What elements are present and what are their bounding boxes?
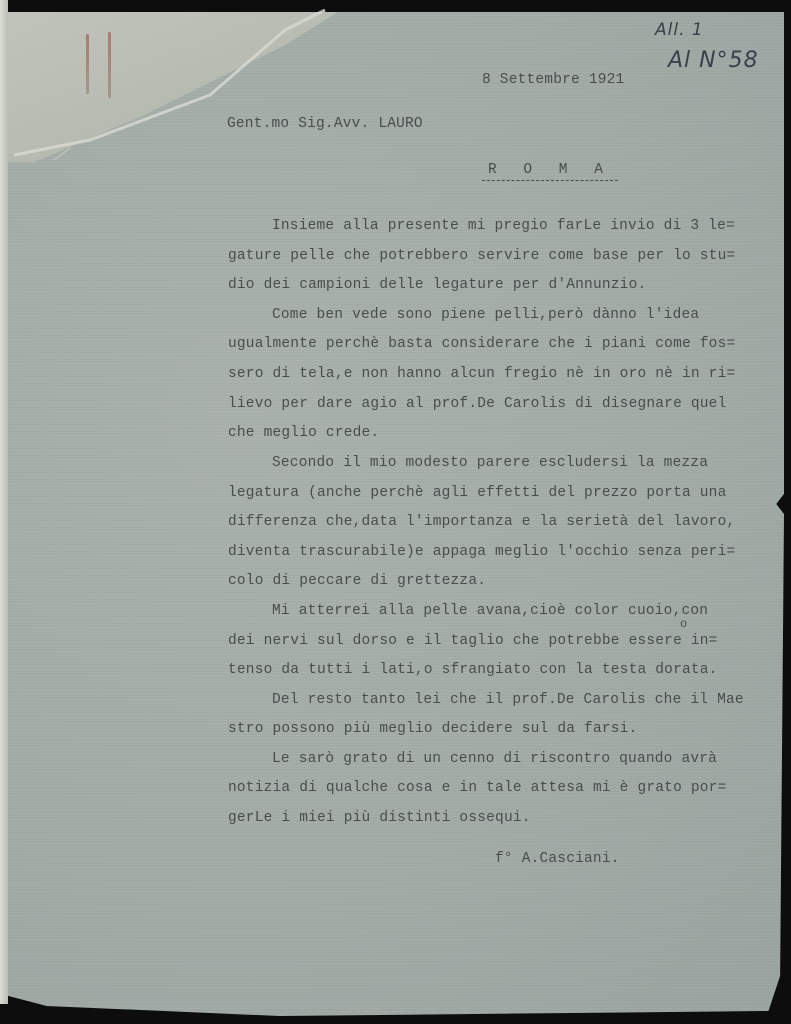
letter-line: Del resto tanto lei che il prof.De Carol… bbox=[272, 692, 744, 708]
letter-line: diventa trascurabile)e appaga meglio l'o… bbox=[228, 544, 735, 560]
ink-stain-mark bbox=[108, 32, 111, 98]
letter-line: Insieme alla presente mi pregio farLe in… bbox=[272, 218, 735, 234]
letter-line: Mi atterrei alla pelle avana,cioè color … bbox=[272, 603, 708, 619]
letter-line: Secondo il mio modesto parere escludersi… bbox=[272, 455, 708, 471]
letter-line: ugualmente perchè basta considerare che … bbox=[228, 336, 735, 352]
letter-line: gerLe i miei più distinti ossequi. bbox=[228, 810, 531, 826]
letter-city: R O M A bbox=[482, 162, 618, 181]
letter-signature: f° A.Casciani. bbox=[495, 851, 620, 867]
interlinear-correction: o bbox=[680, 617, 687, 631]
letter-line: dio dei campioni delle legature per d'An… bbox=[228, 277, 646, 293]
letter-recipient: Gent.mo Sig.Avv. LAURO bbox=[227, 116, 423, 132]
letter-line: stro possono più meglio decidere sul da … bbox=[228, 721, 637, 737]
letter-line: che meglio crede. bbox=[228, 425, 379, 441]
letter-line: lievo per dare agio al prof.De Carolis d… bbox=[228, 396, 726, 412]
letter-line: legatura (anche perchè agli effetti del … bbox=[228, 485, 726, 501]
letter-line: gature pelle che potrebbero servire come… bbox=[228, 248, 735, 264]
letter-line: sero di tela,e non hanno alcun fregio nè… bbox=[228, 366, 735, 382]
paper-left-edge bbox=[0, 0, 8, 1004]
letter-line: colo di peccare di grettezza. bbox=[228, 573, 486, 589]
ink-stain-mark bbox=[86, 34, 89, 94]
letter-line: tenso da tutti i lati,o sfrangiato con l… bbox=[228, 662, 718, 678]
letter-line: notizia di qualche cosa e in tale attesa… bbox=[228, 780, 726, 796]
letter-line: differenza che,data l'importanza e la se… bbox=[228, 514, 735, 530]
letter-line: Come ben vede sono piene pelli,però dànn… bbox=[272, 307, 699, 323]
handwritten-annotation: Al N°58 bbox=[668, 48, 759, 73]
letter-date: 8 Settembre 1921 bbox=[482, 72, 624, 88]
letter-line: Le sarò grato di un cenno di riscontro q… bbox=[272, 751, 717, 767]
handwritten-annotation: All. 1 bbox=[655, 20, 704, 40]
letter-line: dei nervi sul dorso e il taglio che potr… bbox=[228, 633, 718, 649]
